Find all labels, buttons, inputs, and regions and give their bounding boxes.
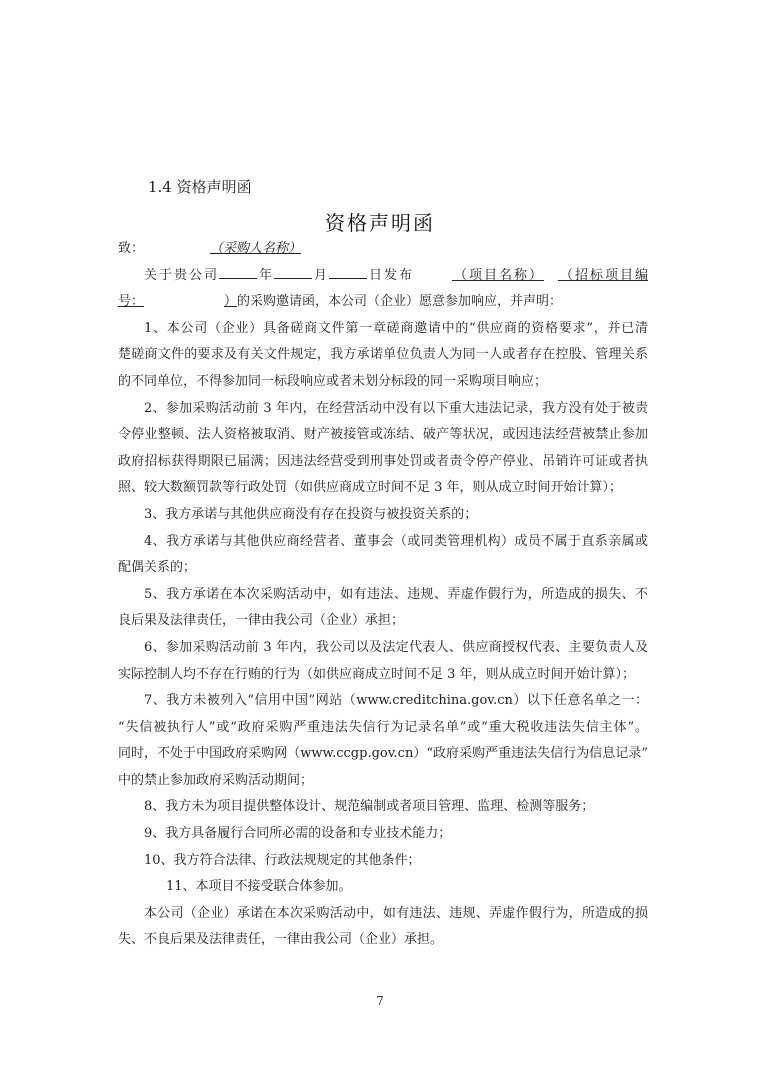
closing-statement: 本公司（企业）承诺在本次采购活动中，如有违法、违规、弄虚作假行为，所造成的损失、… [118,901,648,954]
clause-line: 8、我方未为项目提供整体设计、规范编制或者项目管理、监理、检测等服务； [118,794,648,821]
addressee-prefix: 致： [118,241,144,256]
purchaser-name-field: （采购人名称） [144,241,301,256]
clause-line: 照、较大数额罚款等行政处罚（如供应商成立时间不足 3 年，则从成立时间开始计算）… [118,475,648,502]
clause-line: 4、我方承诺与其他供应商经营者、董事会（或同类管理机构）成员不属于直系亲属或 [118,529,648,556]
clause-10: 10、我方符合法律、行政法规规定的其他条件； [118,848,648,875]
page-number: 7 [0,994,760,1008]
clause-line: 11、本项目不接受联合体参加。 [118,874,648,901]
clause-9: 9、我方具备履行合同所必需的设备和专业技术能力； [118,821,648,848]
project-name-field: （项目名称）（招标项目编 [414,268,648,283]
clause-line: 10、我方符合法律、行政法规规定的其他条件； [118,848,648,875]
clause-line: 2、参加采购活动前 3 年内，在经营活动中没有以下重大违法记录，我方没有处于被责 [118,396,648,423]
document-title: 资格声明函 [0,207,760,236]
clause-line: 令停业整顿、法人资格被取消、财产被接管或冻结、破产等状况，或因违法经营被禁止参加 [118,422,648,449]
clause-line: 同时，不处于中国政府采购网（www.ccgp.gov.cn）“政府采购严重违法失… [118,741,648,768]
clause-line: 中的禁止参加政府采购活动期间； [118,768,648,795]
clause-11: 11、本项目不接受联合体参加。 [118,874,648,901]
clause-6: 6、参加采购活动前 3 年内，我公司以及法定代表人、供应商授权代表、主要负责人及… [118,635,648,688]
day-blank [329,264,367,279]
clause-line: 9、我方具备履行合同所必需的设备和专业技术能力； [118,821,648,848]
clause-line: “失信被执行人”或“政府采购严重违法失信行为记录名单”或“重大税收违法失信主体”… [118,715,648,742]
clause-line: 政府招标获得期限已届满；因违法经营受到刑事处罚或者责令停产停业、吊销许可证或者执 [118,449,648,476]
clause-line: 1、本公司（企业）具备磋商文件第一章磋商邀请中的“供应商的资格要求”，并已清 [118,316,648,343]
clause-8: 8、我方未为项目提供整体设计、规范编制或者项目管理、监理、检测等服务； [118,794,648,821]
closing-line: 失、不良后果及法律责任，一律由我公司（企业）承担。 [118,927,648,954]
clause-list: 1、本公司（企业）具备磋商文件第一章磋商邀请中的“供应商的资格要求”，并已清楚磋… [118,316,648,901]
clause-line: 6、参加采购活动前 3 年内，我公司以及法定代表人、供应商授权代表、主要负责人及 [118,635,648,662]
tender-number-field: 号：） [118,294,237,309]
clause-line: 楚磋商文件的要求及有关文件规定，我方承诺单位负责人为同一人或者存在控股、管理关系 [118,342,648,369]
intro-line-1: 关于贵公司年月日发布（项目名称）（招标项目编 [118,263,648,290]
clause-1: 1、本公司（企业）具备磋商文件第一章磋商邀请中的“供应商的资格要求”，并已清楚磋… [118,316,648,396]
clause-2: 2、参加采购活动前 3 年内，在经营活动中没有以下重大违法记录，我方没有处于被责… [118,396,648,502]
clause-line: 3、我方承诺与其他供应商没有存在投资与被投资关系的； [118,502,648,529]
month-blank [274,264,312,279]
clause-line: 配偶关系的； [118,555,648,582]
clause-7: 7、我方未被列入“信用中国”网站（www.creditchina.gov.cn）… [118,688,648,794]
document-page: 1.4 资格声明函 资格声明函 致：（采购人名称） 关于贵公司年月日发布（项目名… [0,0,760,1083]
clause-4: 4、我方承诺与其他供应商经营者、董事会（或同类管理机构）成员不属于直系亲属或配偶… [118,529,648,582]
section-heading: 1.4 资格声明函 [148,176,252,197]
clause-line: 5、我方承诺在本次采购活动中，如有违法、违规、弄虚作假行为，所造成的损失、不 [118,582,648,609]
year-blank [219,264,257,279]
clause-line: 良后果及法律责任，一律由我公司（企业）承担； [118,608,648,635]
clause-5: 5、我方承诺在本次采购活动中，如有违法、违规、弄虚作假行为，所造成的损失、不良后… [118,582,648,635]
intro-line-2: 号：）的采购邀请函，本公司（企业）愿意参加响应，并声明： [118,289,648,316]
addressee-line: 致：（采购人名称） [118,236,648,263]
clause-line: 的不同单位，不得参加同一标段响应或者未划分标段的同一采购项目响应； [118,369,648,396]
clause-line: 实际控制人均不存在行贿的行为（如供应商成立时间不足 3 年，则从成立时间开始计算… [118,662,648,689]
closing-line: 本公司（企业）承诺在本次采购活动中，如有违法、违规、弄虚作假行为，所造成的损 [118,901,648,928]
clause-3: 3、我方承诺与其他供应商没有存在投资与被投资关系的； [118,502,648,529]
document-body: 致：（采购人名称） 关于贵公司年月日发布（项目名称）（招标项目编 号：）的采购邀… [118,236,648,954]
clause-line: 7、我方未被列入“信用中国”网站（www.creditchina.gov.cn）… [118,688,648,715]
